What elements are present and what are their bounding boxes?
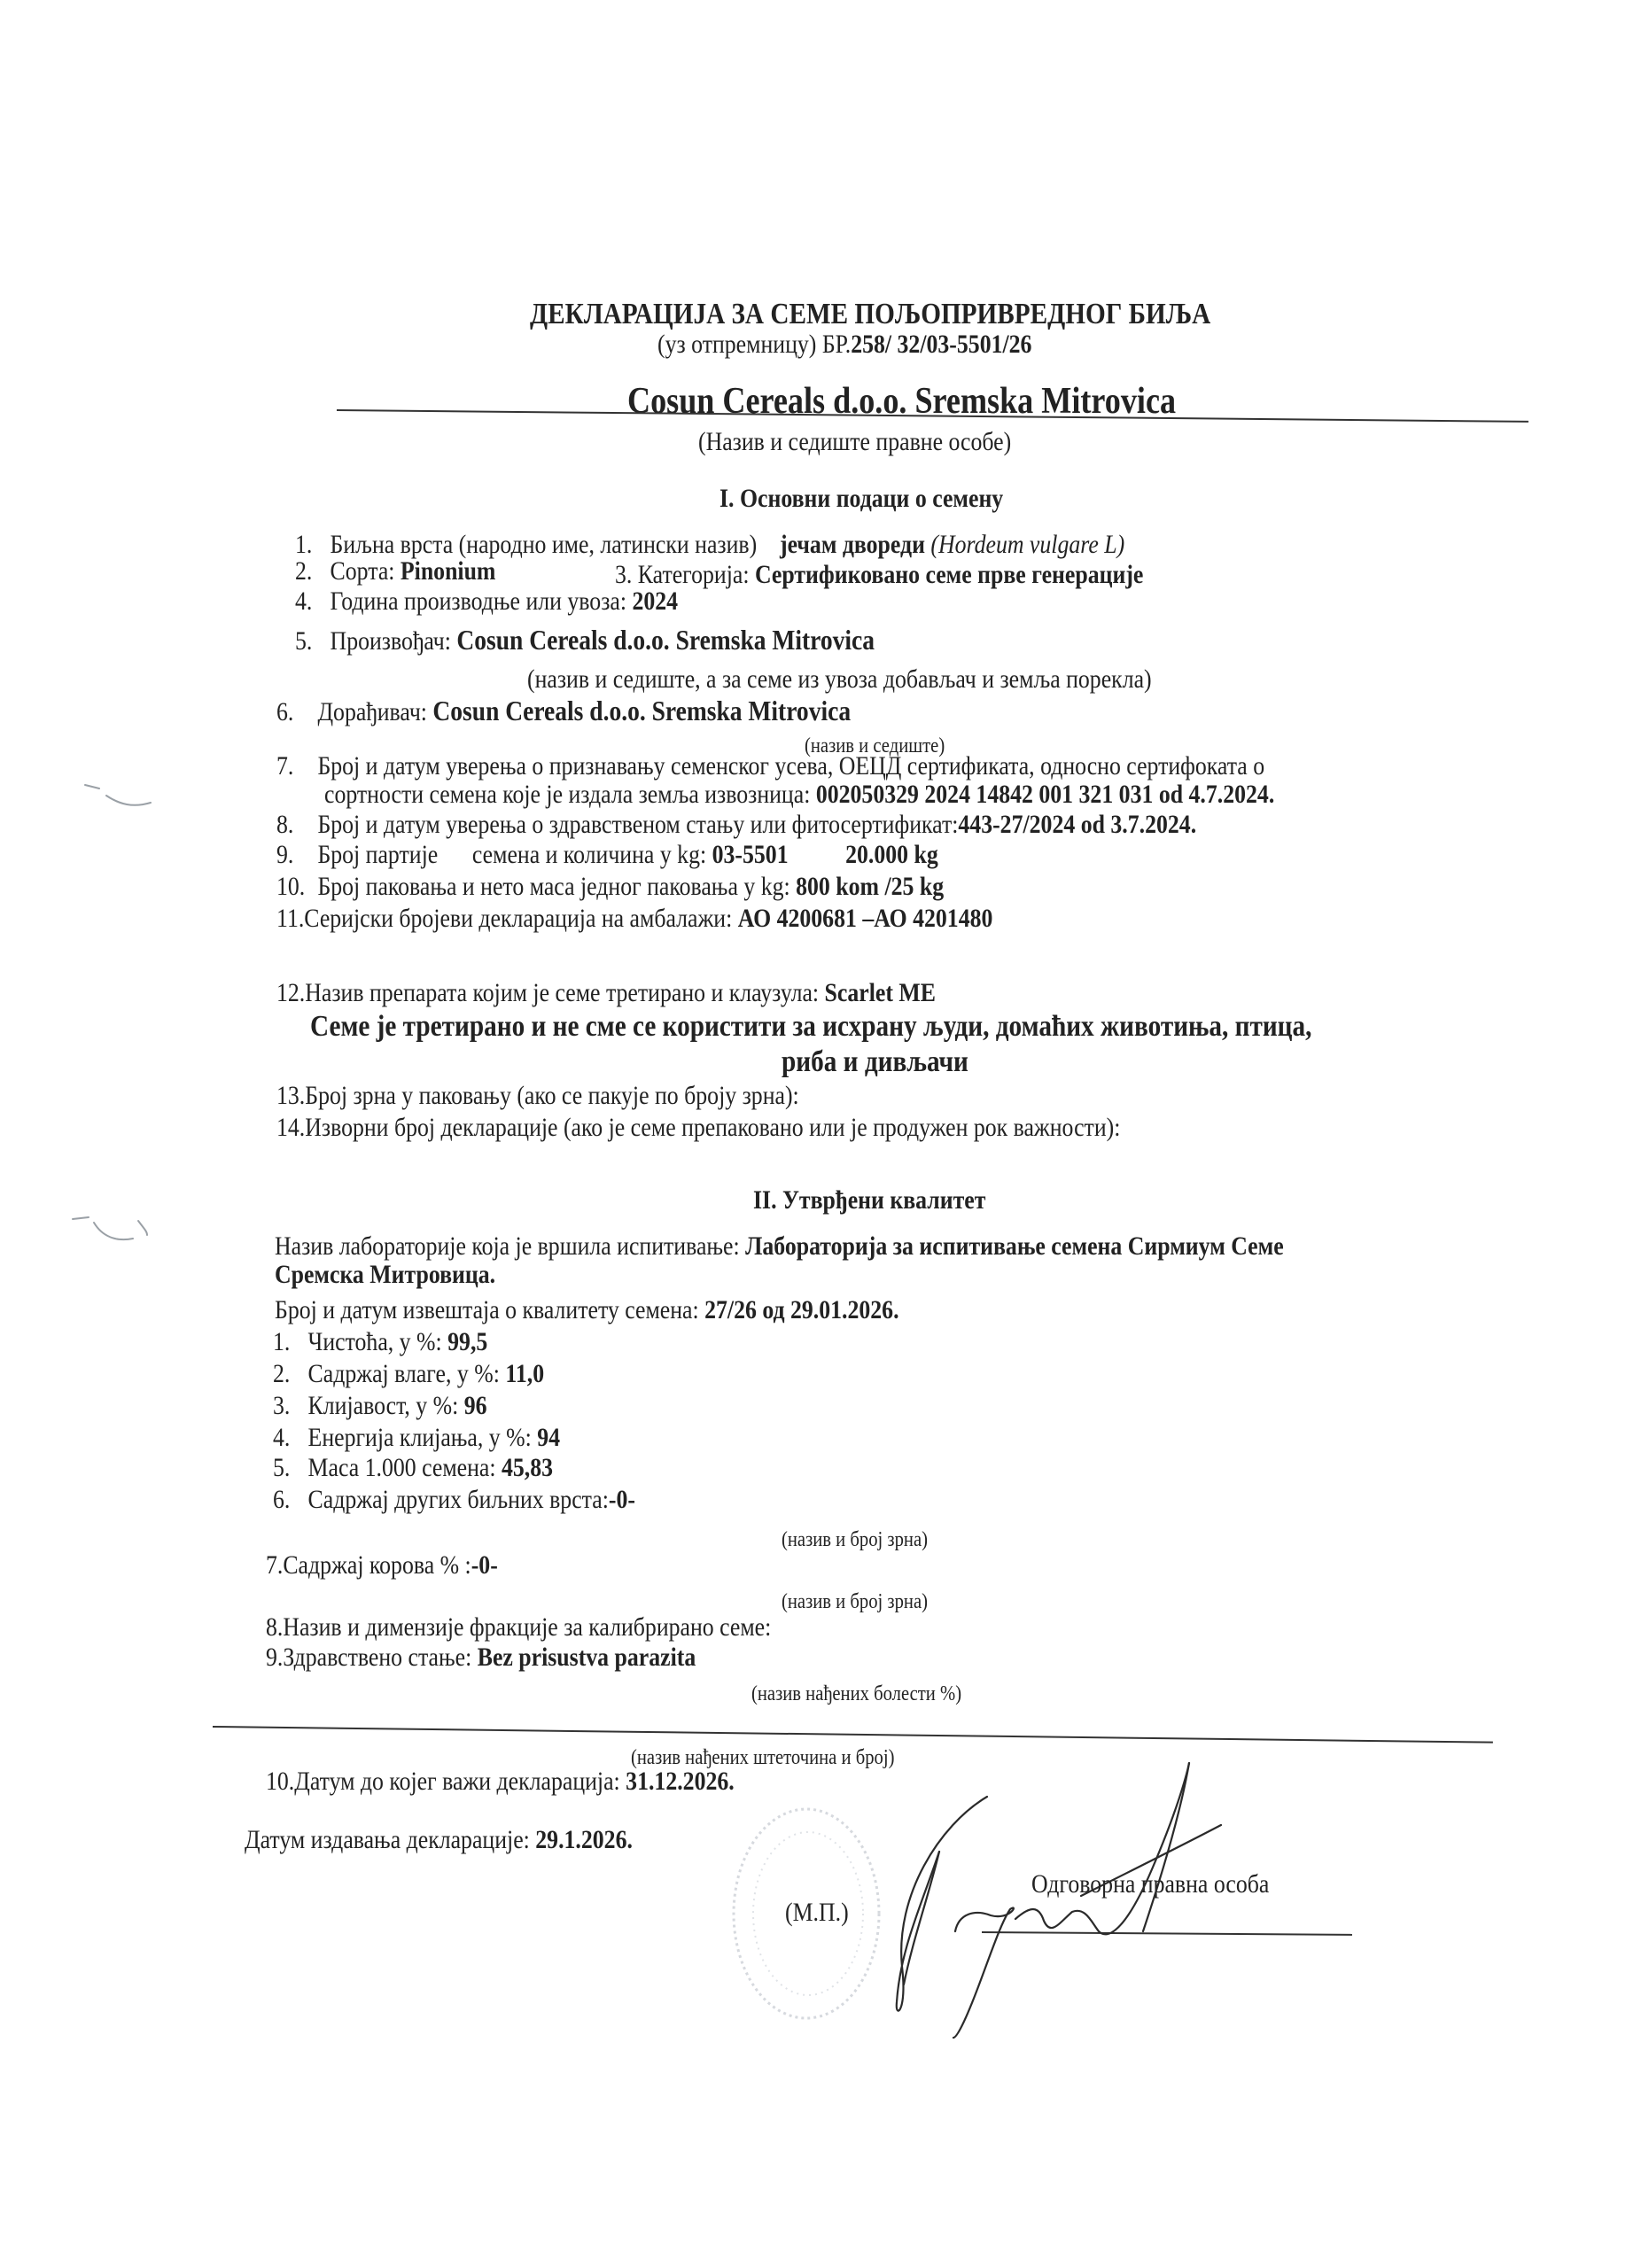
margin-marks: [0, 0, 1649, 2268]
declaration-page: ДЕКЛАРАЦИЈА ЗА СЕМЕ ПОЉОПРИВРЕДНОГ БИЉА …: [0, 0, 1649, 2268]
